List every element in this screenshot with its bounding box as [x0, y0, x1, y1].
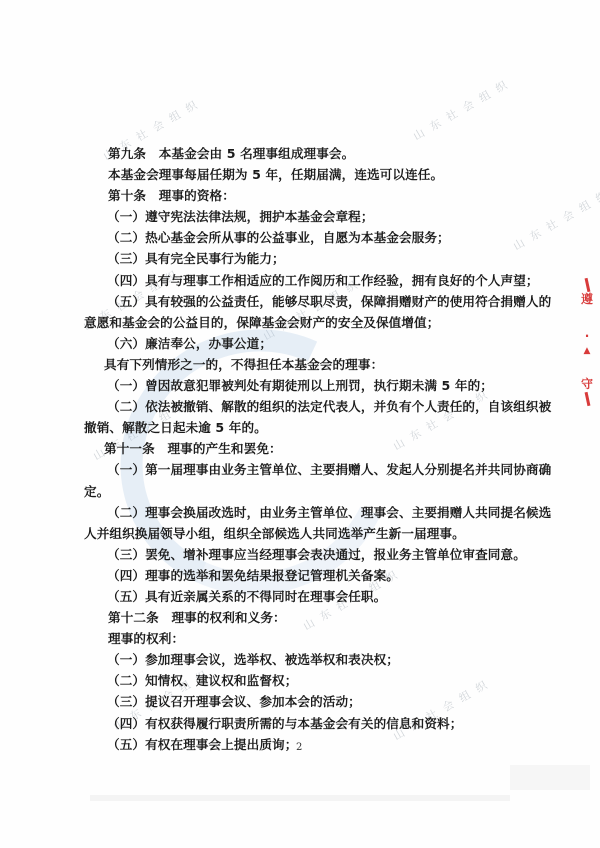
document-line: 具有下列情形之一的，不得担任本基金会的理事： — [84, 354, 524, 375]
document-line: （二）知情权、建议权和监督权； — [84, 670, 524, 691]
document-line: （三）罢免、增补理事应当经理事会表决通过，报业务主管单位审查同意。 — [84, 544, 524, 565]
document-line: 第十一条 理事的产生和罢免： — [84, 438, 524, 459]
document-line: （二）理事会换届改选时，由业务主管单位、理事会、主要捐赠人共同提名候选 — [84, 502, 524, 523]
page-number: 2 — [296, 742, 302, 753]
document-line: 第十条 理事的资格： — [84, 185, 524, 206]
bleed-through-mark — [510, 765, 590, 790]
document-line: （六）廉洁奉公，办事公道； — [84, 333, 524, 354]
stamp-bar — [584, 392, 590, 406]
document-line: （四）理事的选举和罢免结果报登记管理机关备案。 — [84, 565, 524, 586]
document-line: 意愿和基金会的公益目的，保障基金会财产的安全及保值增值； — [84, 312, 524, 333]
red-stamp-edge: 遵 · ▲ 守 — [578, 278, 596, 418]
document-line: （四）具有与理事工作相适应的工作阅历和工作经验，拥有良好的个人声望； — [84, 270, 524, 291]
document-line: 人并组织换届领导小组，组织全部候选人共同选举产生新一届理事。 — [84, 523, 524, 544]
stamp-char: 守 — [578, 377, 596, 392]
bleed-through-text — [90, 795, 510, 801]
document-line: （三）具有完全民事行为能力； — [84, 248, 524, 269]
document-line: （一）遵守宪法法律法规，拥护本基金会章程； — [84, 206, 524, 227]
document-line: 本基金会理事每届任期为 5 年，任期届满，连选可以连任。 — [84, 164, 524, 185]
document-body: 第九条 本基金会由 5 名理事组成理事会。本基金会理事每届任期为 5 年，任期届… — [84, 143, 524, 755]
document-line: 撤销、解散之日起未逾 5 年的。 — [84, 417, 524, 438]
document-page: 山东社会组织 山东社会组织 山东社会组织 山东社会组织 山东社会组织 山东社会组… — [0, 0, 600, 848]
document-line: （一）参加理事会议，选举权、被选举权和表决权； — [84, 649, 524, 670]
document-line: （五）有权在理事会上提出质询； — [84, 734, 524, 755]
stamp-bar — [584, 278, 590, 292]
stamp-char: 遵 — [578, 292, 596, 307]
watermark: 山东社会组织 — [410, 73, 517, 144]
document-line: 第十二条 理事的权利和义务： — [84, 607, 524, 628]
document-line: （二）热心基金会所从事的公益事业，自愿为本基金会服务； — [84, 227, 524, 248]
document-line: （四）有权获得履行职责所需的与本基金会有关的信息和资料； — [84, 713, 524, 734]
document-line: 第九条 本基金会由 5 名理事组成理事会。 — [84, 143, 524, 164]
document-line: （三）提议召开理事会议、参加本会的活动； — [84, 691, 524, 712]
document-line: （一）曾因故意犯罪被判处有期徒刑以上刑罚，执行期未满 5 年的； — [84, 375, 524, 396]
document-line: （一）第一届理事由业务主管单位、主要捐赠人、发起人分别提名并共同协商确 — [84, 459, 524, 480]
document-line: 定。 — [84, 481, 524, 502]
stamp-char: · — [578, 329, 596, 344]
document-line: （五）具有较强的公益责任，能够尽职尽责，保障捐赠财产的使用符合捐赠人的 — [84, 291, 524, 312]
stamp-char: ▲ — [578, 344, 596, 359]
document-line: （二）依法被撤销、解散的组织的法定代表人，并负有个人责任的，自该组织被 — [84, 396, 524, 417]
document-line: （五）具有近亲属关系的不得同时在理事会任职。 — [84, 586, 524, 607]
document-line: 理事的权利： — [84, 628, 524, 649]
